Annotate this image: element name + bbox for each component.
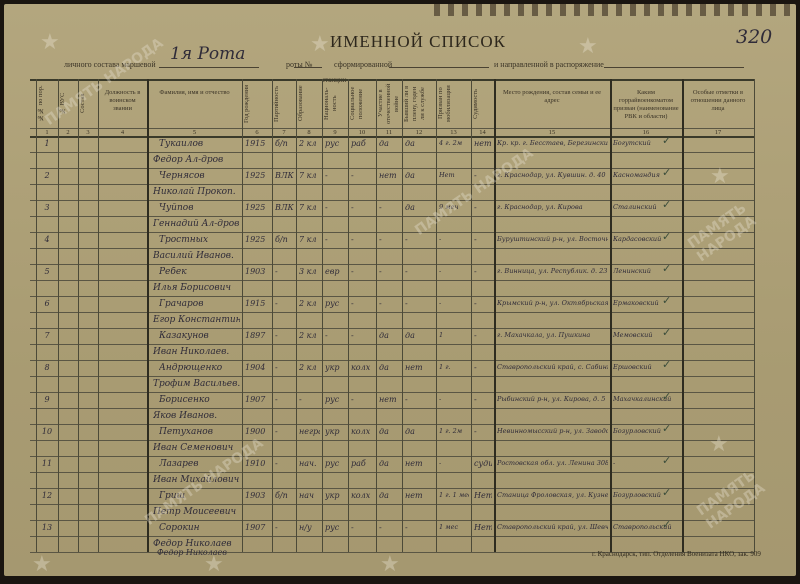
cell-c12: да xyxy=(405,171,434,180)
cell-surname: Казакунов xyxy=(159,331,240,341)
column-header: Бывший ли в плену, годен ли к службе xyxy=(403,83,435,124)
cell-war: да xyxy=(379,491,400,500)
column-number: 3 xyxy=(78,129,98,136)
cell-c12: - xyxy=(405,299,434,308)
cell-war: - xyxy=(379,267,400,276)
column-rule xyxy=(322,79,323,552)
cell-c14: Нет xyxy=(474,523,492,532)
row-number: 1 xyxy=(38,139,56,148)
cell-c12: нет xyxy=(405,363,434,372)
cell-war: нет xyxy=(379,395,400,404)
row-rule xyxy=(30,264,754,265)
cell-c13: - xyxy=(439,235,469,243)
cell-nat: укр xyxy=(325,363,346,372)
cell-c13: 1 г. xyxy=(439,363,469,371)
cell-soc: раб xyxy=(351,139,374,148)
column-header: Участие в отечественной войне xyxy=(377,83,401,124)
cell-c13: 1 мес xyxy=(439,523,469,531)
row-rule xyxy=(30,520,754,521)
cell-birthplace: Рыбинский р-н, ул. Кирова, д. 5 xyxy=(497,395,608,403)
cell-c12: да xyxy=(405,427,434,436)
cell-surname: Тукаилов xyxy=(159,139,240,149)
cell-nat: рус xyxy=(325,139,346,148)
column-rule xyxy=(296,79,297,552)
column-header: Фамилия, имя и отчество xyxy=(149,89,240,97)
cell-war: да xyxy=(379,427,400,436)
row-rule xyxy=(30,312,754,313)
row-number: 4 xyxy=(38,235,56,244)
cell-birthplace: г. Винница, ул. Республик. д. 23 xyxy=(497,267,608,275)
cell-party: - xyxy=(275,395,294,404)
checkmark-icon: ✓ xyxy=(662,326,671,339)
cell-year: 1915 xyxy=(245,139,270,148)
cell-c12: да xyxy=(405,203,434,212)
cell-soc: колх xyxy=(351,363,374,372)
cell-given-name: Яков Иванов. xyxy=(153,411,240,421)
cell-birthplace: Ставропольский край, с. Сабинка xyxy=(497,363,608,371)
row-number: 3 xyxy=(38,203,56,212)
row-rule xyxy=(30,248,754,249)
row-rule xyxy=(30,408,754,409)
cell-c13: 1 г. 2м xyxy=(439,427,469,435)
cell-soc: - xyxy=(351,235,374,244)
cell-soc: - xyxy=(351,267,374,276)
cell-c14: - xyxy=(474,331,492,340)
column-header: Год рождения xyxy=(243,83,271,124)
column-rule xyxy=(682,79,684,552)
column-rule xyxy=(402,79,403,552)
cell-c13: Нет xyxy=(439,171,469,179)
checkmark-icon: ✓ xyxy=(662,454,671,467)
star-watermark-icon: ★ xyxy=(40,30,60,55)
checkmark-icon: ✓ xyxy=(662,294,671,307)
column-header: Судимость xyxy=(472,83,493,124)
column-rule xyxy=(36,79,37,552)
column-number: 11 xyxy=(376,129,402,136)
cell-edu: 2 кл xyxy=(299,299,320,308)
cell-birthplace: Кр. кр. г. Бесстаев, Березинский р-н xyxy=(497,139,608,147)
row-rule xyxy=(30,216,754,217)
cell-year: 1904 xyxy=(245,363,270,372)
cell-war: да xyxy=(379,331,400,340)
sent-label: и направленной в распоряжение xyxy=(494,60,604,69)
cell-soc: - xyxy=(351,171,374,180)
column-header: Место рождения, состав семьи и ее адрес xyxy=(496,89,608,105)
cell-c13: - xyxy=(439,299,469,307)
row-rule xyxy=(30,200,754,201)
row-number: 11 xyxy=(38,459,56,468)
cell-year: 1903 xyxy=(245,491,270,500)
row-rule xyxy=(30,392,754,393)
cell-nat: - xyxy=(325,235,346,244)
cell-nat: укр xyxy=(325,427,346,436)
cell-nat: - xyxy=(325,171,346,180)
cell-year: 1925 xyxy=(245,203,270,212)
scan-border xyxy=(0,576,800,584)
checkmark-icon: ✓ xyxy=(662,486,671,499)
cell-nat: рус xyxy=(325,299,346,308)
cell-c14: нет xyxy=(474,139,492,148)
cell-party: - xyxy=(275,459,294,468)
star-watermark-icon: ★ xyxy=(204,552,224,577)
column-header: Должность в воинском звании xyxy=(100,89,145,113)
star-watermark-icon: ★ xyxy=(709,432,729,457)
cell-soc: - xyxy=(351,523,374,532)
column-number: 14 xyxy=(471,129,494,136)
cell-party: б/п xyxy=(275,491,294,500)
formed-label: сформированной xyxy=(334,60,392,69)
row-rule xyxy=(30,536,754,537)
cell-surname: Сорокин xyxy=(159,523,240,533)
star-watermark-icon: ★ xyxy=(310,32,330,57)
row-number: 7 xyxy=(38,331,56,340)
row-number: 5 xyxy=(38,267,56,276)
cell-party: ВЛКСМ xyxy=(275,203,294,212)
checkmark-icon: ✓ xyxy=(662,166,671,179)
subtitle-line: личного состава маршевой роты № сформиро… xyxy=(64,56,764,74)
cell-c12: да xyxy=(405,331,434,340)
cell-war: да xyxy=(379,459,400,468)
column-rule xyxy=(494,79,496,552)
cell-birthplace: г. Махачкала, ул. Пушкина xyxy=(497,331,608,339)
cell-birthplace: г. Краснодар, ул. Кирова xyxy=(497,203,608,211)
cell-year: 1925 xyxy=(245,235,270,244)
column-rule xyxy=(98,79,99,552)
cell-birthplace: Ростовская обл. ул. Ленина 308 xyxy=(497,459,608,467)
cell-edu: 7 кл xyxy=(299,171,320,180)
cell-party: б/п xyxy=(275,139,294,148)
cell-war: - xyxy=(379,203,400,212)
cell-party: б/п xyxy=(275,235,294,244)
row-number: 6 xyxy=(38,299,56,308)
cell-year: 1900 xyxy=(245,427,270,436)
row-rule xyxy=(30,488,754,489)
cell-soc: раб xyxy=(351,459,374,468)
cell-c13: 1 xyxy=(439,331,469,339)
cell-c13: 1 г. 1 мес xyxy=(439,491,469,499)
cell-year: 1915 xyxy=(245,299,270,308)
cell-nat: укр xyxy=(325,491,346,500)
cell-c13: - xyxy=(439,459,469,467)
row-rule xyxy=(30,456,754,457)
cell-edu: 3 кл xyxy=(299,267,320,276)
star-watermark-icon: ★ xyxy=(710,164,730,189)
row-number: 9 xyxy=(38,395,56,404)
cell-war: нет xyxy=(379,171,400,180)
cell-c12: - xyxy=(405,267,434,276)
cell-edu: - xyxy=(299,395,320,404)
document-page: ИМЕННОЙ СПИСОК 320 личного состава марше… xyxy=(4,4,796,576)
cell-party: ВЛКСМ xyxy=(275,171,294,180)
cell-year: 1907 xyxy=(245,523,270,532)
cell-year: 1903 xyxy=(245,267,270,276)
cell-c13: - xyxy=(439,267,469,275)
row-rule xyxy=(30,168,754,169)
column-rule xyxy=(242,79,243,552)
cell-nat: рус xyxy=(325,395,346,404)
cell-surname: Грачаров xyxy=(159,299,240,309)
cell-edu: 2 кл xyxy=(299,139,320,148)
cell-nat: - xyxy=(325,331,346,340)
cell-edu: н/у xyxy=(299,523,320,532)
checkmark-icon: ✓ xyxy=(662,134,671,147)
header-top-rule xyxy=(30,79,754,81)
column-rule xyxy=(272,79,273,552)
cell-edu: 7 кл xyxy=(299,235,320,244)
cell-given-name: Егор Константинович xyxy=(153,315,240,325)
row-rule xyxy=(30,440,754,441)
cell-soc: колх xyxy=(351,427,374,436)
cell-war: - xyxy=(379,523,400,532)
cell-c14: - xyxy=(474,235,492,244)
cell-c12: нет xyxy=(405,459,434,468)
cell-year: 1897 xyxy=(245,331,270,340)
column-header: Партийность xyxy=(273,83,295,124)
cell-war: - xyxy=(379,235,400,244)
cell-party: - xyxy=(275,427,294,436)
cell-surname: Ребек xyxy=(159,267,240,277)
cell-given-name: Геннадий Ал-дров xyxy=(153,219,240,229)
column-number: 2 xyxy=(58,129,78,136)
column-rule xyxy=(78,79,79,552)
row-number: 2 xyxy=(38,171,56,180)
cell-war: - xyxy=(379,299,400,308)
column-header: Образование xyxy=(297,83,321,124)
cell-soc: - xyxy=(351,331,374,340)
row-rule xyxy=(30,184,754,185)
column-header: Призван по мобилизации xyxy=(437,83,470,124)
column-rule xyxy=(471,79,472,552)
column-number: 13 xyxy=(436,129,471,136)
row-rule xyxy=(30,296,754,297)
cell-c14: - xyxy=(474,427,492,436)
cell-nat: рус xyxy=(325,459,346,468)
cell-war: да xyxy=(379,139,400,148)
cell-given-name: Николай Прокоп. xyxy=(153,187,240,197)
row-rule xyxy=(30,232,754,233)
cell-party: - xyxy=(275,267,294,276)
cell-surname: Чернясов xyxy=(159,171,240,181)
cell-given-name: Иван Николаев. xyxy=(153,347,240,357)
cell-nat: евр xyxy=(325,267,346,276)
row-number: 12 xyxy=(38,491,56,500)
row-number: 10 xyxy=(38,427,56,436)
checkmark-icon: ✓ xyxy=(662,390,671,403)
checkmark-icon: ✓ xyxy=(662,518,671,531)
column-rule xyxy=(610,79,612,552)
row-rule xyxy=(30,344,754,345)
cell-given-name: Илья Борисович xyxy=(153,283,240,293)
cell-nat: рус xyxy=(325,523,346,532)
column-header: Каким горрайвоенкоматом призван (наимено… xyxy=(612,89,680,121)
cell-soc: колх xyxy=(351,491,374,500)
cell-party: - xyxy=(275,299,294,308)
cell-c13: 4 г. 2м xyxy=(439,139,469,147)
star-watermark-icon: ★ xyxy=(380,552,400,577)
cell-edu: нач. xyxy=(299,459,320,468)
column-number: 10 xyxy=(348,129,376,136)
cell-war: да xyxy=(379,363,400,372)
row-rule xyxy=(30,472,754,473)
column-header: Особые отметки в отношении данного лица xyxy=(684,89,752,113)
row-number: 8 xyxy=(38,363,56,372)
cell-surname: Борисенко xyxy=(159,395,240,405)
column-rule xyxy=(436,79,437,552)
cell-edu: неграм xyxy=(299,427,320,436)
column-rule xyxy=(376,79,377,552)
cell-birthplace: Станица Фроловская, ул. Кузнечная xyxy=(497,491,608,499)
column-rule xyxy=(348,79,349,552)
company-handwritten: 1я Рота xyxy=(170,44,245,64)
cell-surname: Тростных xyxy=(159,235,240,245)
cell-c14: - xyxy=(474,203,492,212)
row-rule xyxy=(30,328,754,329)
row-rule xyxy=(30,152,754,153)
cell-c14: - xyxy=(474,267,492,276)
column-number: 15 xyxy=(494,129,610,136)
column-number: 4 xyxy=(98,129,147,136)
star-watermark-icon: ★ xyxy=(578,34,598,59)
torn-edge xyxy=(434,4,794,16)
cell-surname: Чуйпов xyxy=(159,203,240,213)
cell-edu: нач xyxy=(299,491,320,500)
cell-soc: - xyxy=(351,299,374,308)
printer-imprint: г. Краснодарск, тип. Отделения Военизата… xyxy=(592,550,761,558)
checkmark-icon: ✓ xyxy=(662,422,671,435)
column-number: 6 xyxy=(242,129,272,136)
checkmark-icon: ✓ xyxy=(662,262,671,275)
checkmark-icon: ✓ xyxy=(662,230,671,243)
cell-birthplace: Невинномысский р-н, ул. Заводская, д. 12 xyxy=(497,427,608,435)
watermark-text: ПАМЯТЬ НАРОДА xyxy=(412,145,536,239)
column-header: Националь-ность xyxy=(323,83,347,124)
cell-surname: Андрющенко xyxy=(159,363,240,373)
checkmark-icon: ✓ xyxy=(662,198,671,211)
row-rule xyxy=(30,504,754,505)
cell-soc: - xyxy=(351,395,374,404)
watermark-text: ПАМЯТЬ НАРОДА xyxy=(685,175,795,265)
cell-edu: 2 кл xyxy=(299,363,320,372)
cell-given-name: Василий Иванов. xyxy=(153,251,240,261)
cell-c12: - xyxy=(405,395,434,404)
cell-edu: 2 кл xyxy=(299,331,320,340)
cell-party: - xyxy=(275,523,294,532)
column-number-rule xyxy=(30,136,754,138)
cell-year: 1925 xyxy=(245,171,270,180)
column-number: 5 xyxy=(147,129,242,136)
row-rule xyxy=(30,360,754,361)
cell-party: - xyxy=(275,363,294,372)
column-number: 9 xyxy=(322,129,348,136)
cell-nat: - xyxy=(325,203,346,212)
cell-soc: - xyxy=(351,203,374,212)
cell-edu: 7 кл xyxy=(299,203,320,212)
row-number: 13 xyxy=(38,523,56,532)
column-rule xyxy=(147,79,149,552)
cell-given-name: Трофим Васильев. xyxy=(153,379,240,389)
cell-c13: - xyxy=(439,395,469,403)
cell-given-name: Иван Семенович xyxy=(153,443,240,453)
row-rule xyxy=(30,280,754,281)
cell-birthplace: Крымский р-н, ул. Октябрьская, д. 6 xyxy=(497,299,608,307)
cell-c14: - xyxy=(474,363,492,372)
column-number: 17 xyxy=(682,129,754,136)
column-number: 8 xyxy=(296,129,322,136)
cell-birthplace: Ставропольский край, ул. Шевченко, д. 3 xyxy=(497,523,608,531)
cell-party: - xyxy=(275,331,294,340)
column-number: 12 xyxy=(402,129,436,136)
cell-c14: - xyxy=(474,395,492,404)
row-rule xyxy=(30,376,754,377)
column-rule xyxy=(58,79,59,552)
row-rule xyxy=(30,424,754,425)
cell-c12: нет xyxy=(405,491,434,500)
column-number: 1 xyxy=(36,129,58,136)
cell-c14: Нет xyxy=(474,491,492,500)
cell-c14: судим 1941 xyxy=(474,459,492,468)
column-number: 7 xyxy=(272,129,296,136)
cell-c12: - xyxy=(405,523,434,532)
checkmark-icon: ✓ xyxy=(662,358,671,371)
cell-c12: да xyxy=(405,139,434,148)
cell-given-name: Федор Ал-дров xyxy=(153,155,240,165)
cell-year: 1907 xyxy=(245,395,270,404)
cell-birthplace: Буруштинский р-н, ул. Восточная xyxy=(497,235,608,243)
cell-surname: Петуханов xyxy=(159,427,240,437)
cell-c14: - xyxy=(474,299,492,308)
document-title: ИМЕННОЙ СПИСОК xyxy=(330,32,506,52)
column-header: Социальное положение xyxy=(349,83,375,124)
star-watermark-icon: ★ xyxy=(32,552,52,577)
page-number: 320 xyxy=(736,26,772,48)
